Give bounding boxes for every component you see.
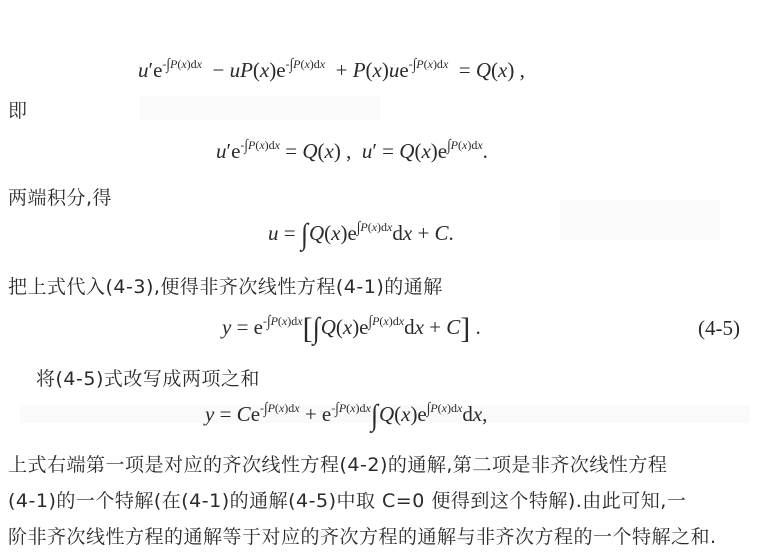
equation-1: u′e-∫P(x)dx − uP(x)e-∫P(x)dx + P(x)ue-∫P… bbox=[138, 56, 525, 83]
bleed-through-artifact bbox=[140, 96, 380, 120]
text-integrate: 两端积分,得 bbox=[8, 183, 112, 210]
equation-2: u′e-∫P(x)dx = Q(x) , u′ = Q(x)e∫P(x)dx. bbox=[216, 137, 488, 164]
conclusion-line-1: 上式右端第一项是对应的齐次线性方程(4-2)的通解,第二项是非齐次线性方程 bbox=[8, 450, 667, 477]
conclusion-line-3: 阶非齐次线性方程的通解等于对应的齐次方程的通解与非齐次方程的一个特解之和. bbox=[8, 522, 717, 549]
text-rewrite: 将(4-5)式改写成两项之和 bbox=[36, 364, 260, 391]
equation-number: (4-5) bbox=[698, 316, 740, 341]
text-substitute: 把上式代入(4-3),便得非齐次线性方程(4-1)的通解 bbox=[8, 272, 443, 299]
bleed-through-artifact bbox=[560, 200, 720, 240]
equation-3: u = ∫Q(x)e∫P(x)dxdx + C. bbox=[268, 219, 454, 250]
equation-5: y = Ce-∫P(x)dx + e-∫P(x)dx∫Q(x)e∫P(x)dxd… bbox=[205, 400, 487, 431]
text-ji: 即 bbox=[8, 96, 28, 123]
equation-4: y = e-∫P(x)dx[∫Q(x)e∫P(x)dxdx + C] . bbox=[222, 312, 481, 346]
conclusion-line-2: (4-1)的一个特解(在(4-1)的通解(4-5)中取 C=0 便得到这个特解)… bbox=[8, 486, 686, 513]
